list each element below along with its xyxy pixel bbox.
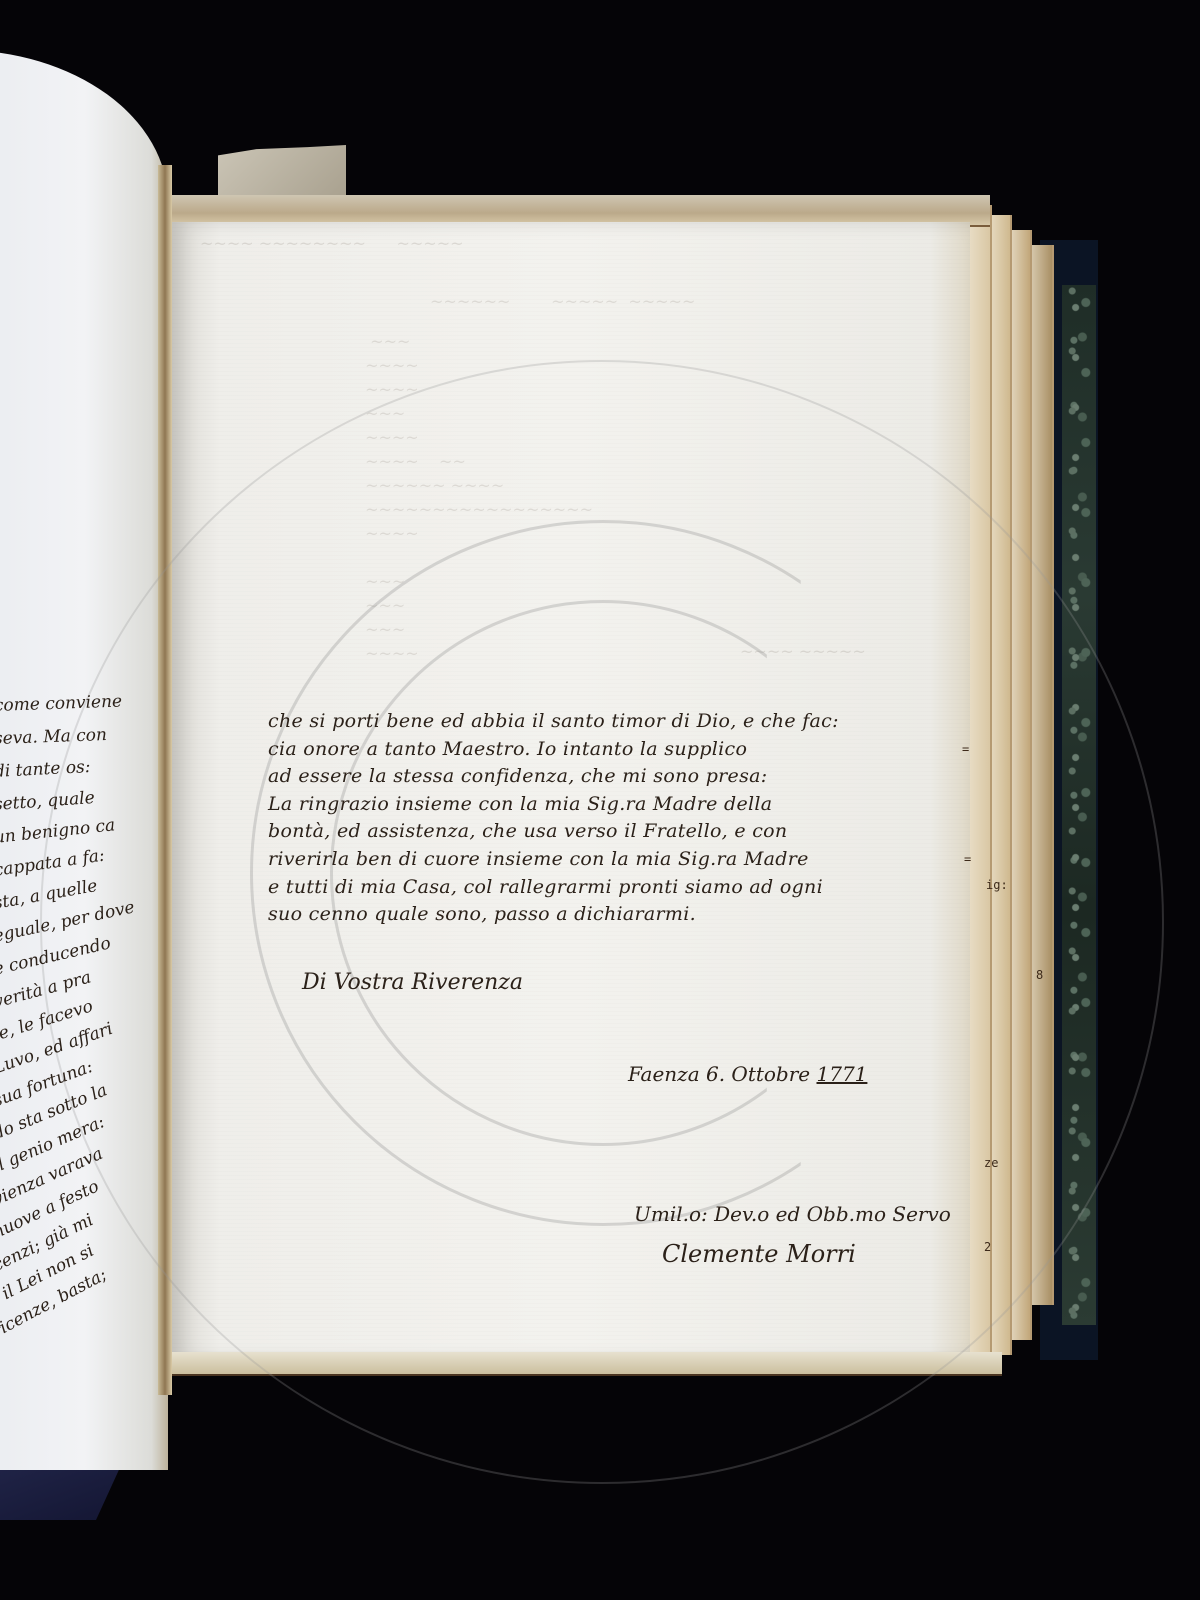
letter-date: Faenza 6. Ottobre 1771 — [628, 1062, 867, 1086]
edge-mark: 2 — [984, 1240, 991, 1254]
letter-line: La ringrazio insieme con la mia Sig.ra M… — [268, 791, 968, 819]
letter-line: che si porti bene ed abbia il santo timo… — [268, 708, 968, 736]
letter-closing: Di Vostra Riverenza — [302, 970, 523, 995]
letter-body: che si porti bene ed abbia il santo timo… — [268, 708, 968, 929]
bottom-page-edges — [172, 1352, 1002, 1376]
letter-line: cia onore a tanto Maestro. Io intanto la… — [268, 736, 968, 764]
date-year: 1771 — [817, 1062, 868, 1086]
bleed-through-ink: ~~~~ ~~~~~ — [740, 640, 866, 664]
bleed-through-ink: ~~~~~~ ~~~~~ ~~~~~ — [430, 290, 695, 314]
letter-line: riverirla ben di cuore insieme con la mi… — [268, 846, 968, 874]
letter-line: ad essere la stessa confidenza, che mi s… — [268, 763, 968, 791]
date-place-day: Faenza 6. Ottobre — [628, 1062, 810, 1086]
edge-mark: ze — [984, 1156, 998, 1170]
edge-mark: ig: — [986, 878, 1008, 892]
letter-line: e tutti di mia Casa, col rallegrarmi pro… — [268, 874, 968, 902]
edge-mark: = — [962, 742, 969, 756]
letter-line: bontà, ed assistenza, che usa verso il F… — [268, 818, 968, 846]
signature-name: Clemente Morri — [662, 1240, 856, 1268]
marbled-cover-edge — [1062, 285, 1096, 1325]
letter-line: suo cenno quale sono, passo a dichiararm… — [268, 901, 968, 929]
edge-mark: = — [964, 852, 971, 866]
left-page-text: come conviene seva. Ma con di tante os: … — [0, 690, 164, 1430]
bleed-through-ink: ~~~ ~~~~ ~~~~ ~~~ ~~~~ ~~~~ ~~ ~~~~~~ ~~… — [360, 330, 593, 666]
signature-formula: Umil.o: Dev.o ed Obb.mo Servo — [634, 1202, 951, 1226]
bleed-through-ink: ~~~~ ~~~~~~~~ ~~~~~ — [200, 232, 464, 256]
book-photograph: ~~~~ ~~~~~~~~ ~~~~~ ~~~~~~ ~~~~~ ~~~~~ ~… — [0, 0, 1200, 1600]
torn-paper-tab — [218, 145, 346, 197]
edge-mark: 8 — [1036, 968, 1043, 982]
